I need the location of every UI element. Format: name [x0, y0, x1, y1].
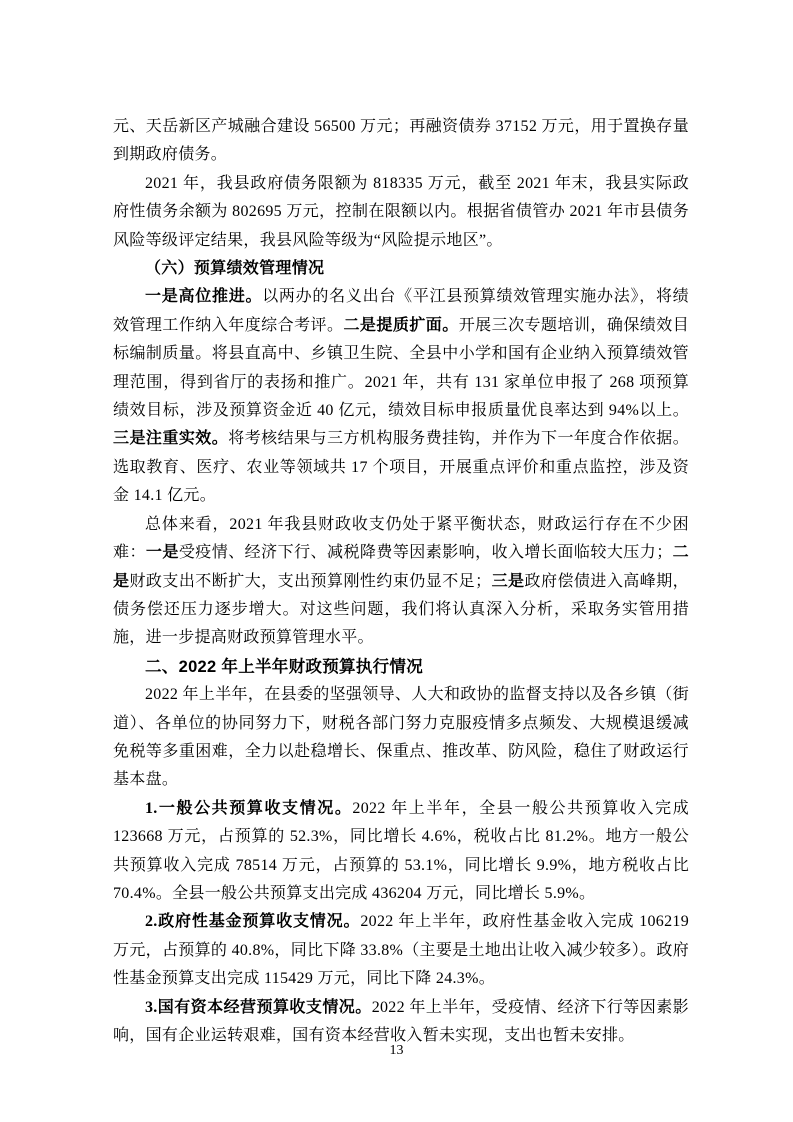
paragraph-2022-overview: 2022 年上半年，在县委的坚强领导、人大和政协的监督支持以及各乡镇（街道）、各…: [113, 681, 689, 795]
text-run: 二是提质扩面。: [343, 317, 458, 334]
section-heading-2022-budget-execution: 二、2022 年上半年财政预算执行情况: [113, 653, 689, 681]
document-body: 元、天岳新区产城融合建设 56500 万元；再融资债券 37152 万元，用于置…: [113, 113, 689, 1050]
heading-text: 二、2022 年上半年财政预算执行情况: [145, 658, 423, 676]
text-run: 三是注重实效。: [113, 430, 228, 447]
text-run: 财政支出不断扩大，支出预算刚性约束仍显不足；: [129, 573, 491, 590]
paragraph-general-public-budget: 1.一般公共预算收支情况。2022 年上半年，全县一般公共预算收入完成 1236…: [113, 795, 689, 909]
paragraph-overall-assessment: 总体来看，2021 年我县财政收支仍处于紧平衡状态，财政运行存在不少困难：一是受…: [113, 511, 689, 653]
text-run: 一是高位推进。: [145, 288, 262, 305]
paragraph-debt-carryover: 元、天岳新区产城融合建设 56500 万元；再融资债券 37152 万元，用于置…: [113, 113, 689, 170]
text-run: 一是: [146, 544, 179, 561]
heading-text: （六）预算绩效管理情况: [145, 260, 324, 277]
paragraph-debt-limit: 2021 年，我县政府债务限额为 818335 万元，截至 2021 年末，我县…: [113, 170, 689, 255]
text-run: 三是: [491, 573, 524, 590]
section-heading-6-budget-performance: （六）预算绩效管理情况: [113, 255, 689, 283]
text-run: 受疫情、经济下行、减税降费等因素影响，收入增长面临较大压力；: [179, 544, 673, 561]
text-run: 2022 年上半年，在县委的坚强领导、人大和政协的监督支持以及各乡镇（街道）、各…: [113, 686, 689, 788]
text-run: 3.国有资本经营预算收支情况。: [145, 999, 372, 1016]
text-run: 元、天岳新区产城融合建设 56500 万元；再融资债券 37152 万元，用于置…: [113, 118, 689, 163]
paragraph-government-funds-budget: 2.政府性基金预算收支情况。2022 年上半年，政府性基金收入完成 106219…: [113, 908, 689, 993]
page-number: 13: [0, 1041, 793, 1061]
text-run: 2021 年，我县政府债务限额为 818335 万元，截至 2021 年末，我县…: [113, 175, 689, 249]
text-run: 2.政府性基金预算收支情况。: [145, 913, 360, 930]
text-run: 1.一般公共预算收支情况。: [145, 800, 352, 817]
document-page: 元、天岳新区产城融合建设 56500 万元；再融资债券 37152 万元，用于置…: [0, 0, 793, 1122]
paragraph-performance-management: 一是高位推进。以两办的名义出台《平江县预算绩效管理实施办法》，将绩效管理工作纳入…: [113, 283, 689, 510]
